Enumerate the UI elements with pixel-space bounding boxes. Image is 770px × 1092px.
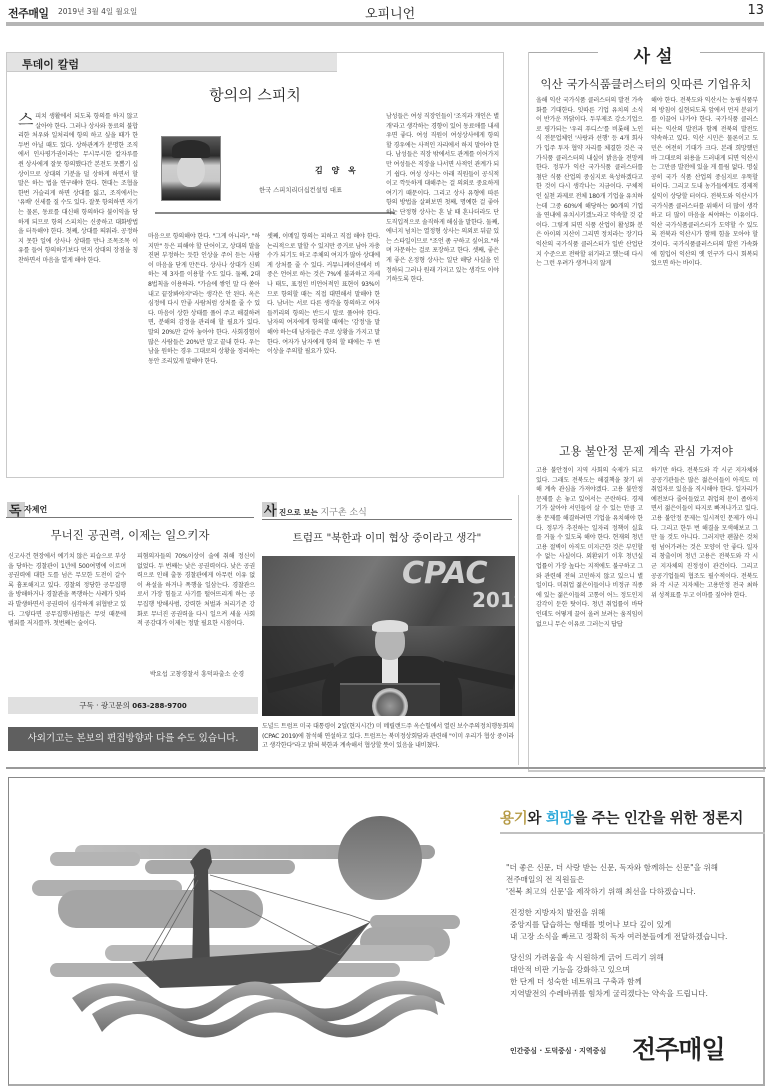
- issue-date: 2019년 3월 4일 월요일: [58, 6, 137, 17]
- author-portrait-hair: [172, 140, 210, 158]
- wave-icon: [72, 981, 445, 1038]
- editorial-border-bottom: [528, 770, 765, 772]
- contribution-notice: 사외기고는 본보의 편집방향과 다를 수도 있습니다.: [8, 727, 258, 751]
- reader-opinion-rule: [6, 517, 254, 518]
- photo-news-label: 진으로 보는 지구촌 소식: [279, 505, 367, 518]
- editorial-rule-right: [700, 52, 764, 53]
- ad-slogan-rule: [500, 832, 765, 834]
- photo-cpac-text: CPAC: [402, 556, 488, 591]
- photo-caption: 도널드 트럼프 미국 대통령이 2일(현지시간) 미 메릴랜드주 옥슨힐에서 열…: [262, 722, 514, 766]
- editorial-2-text-1: 고용 불안정이 지역 사회의 숙제가 되고 있다. 그래도 전북도는 해결책을 …: [536, 466, 643, 762]
- editorial-1-text-2: 해야 한다. 전북도와 익산시는 농림식품부의 방침이 실현되도록 앞에서 먼저…: [651, 96, 758, 418]
- today-column-headline: 항의의 스피치: [6, 84, 504, 105]
- reader-opinion-headline: 무너진 공권력, 이제는 일으키자: [6, 527, 254, 543]
- photo-news-headline: 트럼프 "북한과 이미 협상 중이라고 생각": [262, 530, 512, 545]
- ad-top-rule: [6, 767, 766, 769]
- ad-footer-logo: 전주매일: [632, 1030, 725, 1066]
- ad-slogan: 용기와 희망을 주는 인간을 위한 정론지: [500, 807, 743, 828]
- photo-news-label-accent: 지구촌 소식: [320, 508, 366, 518]
- section-title: 오피니언: [365, 3, 415, 22]
- editorial-1-text-1: 올해 익산 국가식품 클러스터의 발전 가속화를 기대한다. 잇따른 기업 유치…: [536, 96, 643, 418]
- reader-opinion-text-1: 신고사건 현장에서 예기치 않은 피습으로 부상을 당하는 경찰관이 1년에 5…: [8, 552, 126, 672]
- editorial-2-headline: 고용 불안정 문제 계속 관심 가져야: [528, 443, 764, 459]
- editorial-rule-left: [528, 52, 598, 53]
- author-title: 한국 스피치리더십컨설팅 대표: [259, 185, 342, 194]
- photo-news-border: [518, 495, 519, 765]
- author-divider: [155, 212, 395, 214]
- ad-paragraph-3: 당신의 가려움을 속 시원하게 긁어 드리기 위해 대안적 비판 기능을 강화하…: [510, 952, 708, 1000]
- editorial-2-text-2: 하기만 하다. 전북도와 각 시군 지자체와 공공기관들은 많은 젊은이들이 아…: [651, 466, 758, 762]
- reader-opinion-label-small: 자제언: [24, 504, 47, 515]
- editorial-border-right: [763, 52, 765, 772]
- header-rule: [6, 22, 764, 26]
- ad-footer-tagline: 인간중심 · 도덕중심 · 지역중심: [510, 1046, 606, 1056]
- photo-news-label-big: 사: [264, 500, 277, 519]
- reader-opinion-text-2: 피혐의자들의 70%이상이 술에 취해 정신이 없었다. 두 번째는 낮은 공권…: [137, 552, 255, 652]
- drop-cap: 스: [18, 112, 33, 127]
- reader-opinion-byline: 박요섭 고창경찰서 흥덕파출소 순경: [150, 669, 244, 678]
- today-column-text-1: 스피치 생활에서 되도록 항의를 하지 않고 살아야 한다. 그러나 상사와 동…: [18, 112, 138, 467]
- subscription-phone[interactable]: 063-288-9700: [132, 702, 187, 710]
- editorial-1-headline: 익산 국가식품클러스터의 잇따른 기업유치: [528, 76, 764, 92]
- ship-illustration: [20, 800, 470, 1040]
- sun-icon: [338, 816, 422, 900]
- today-column-text-2: 마음으로 항의해야 한다. "그게 아니라", "하지만" 등은 피해야 할 단…: [148, 232, 260, 467]
- photo-figure-hair: [372, 620, 408, 632]
- masthead-brand: 전주매일: [8, 5, 49, 21]
- photo-presidential-seal: [372, 688, 408, 716]
- photo-year-text: 2019: [472, 588, 515, 612]
- ad-paragraph-2: 진정한 지방자치 발전을 위해 중앙지를 답습하는 형태를 벗어나 보다 깊이 …: [510, 907, 727, 943]
- today-column-text-4: 남성들은 여성 직장인들이 '조직과 개인은 별개'라고 생각하는 경향이 있어…: [386, 112, 499, 467]
- ad-paragraph-1: "더 좋은 신문, 더 사랑 받는 신문, 독자와 함께하는 신문"을 위해 전…: [506, 862, 718, 898]
- subscription-label: 구독 · 광고문의: [79, 701, 130, 710]
- today-column-label: 투데이 칼럼: [22, 56, 79, 72]
- news-photo: CPAC 2019: [262, 556, 515, 716]
- page-number: 13: [747, 3, 764, 18]
- subscription-bar: 구독 · 광고문의 063-288-9700: [8, 697, 258, 714]
- today-column-text-3: 셋째, 이메일 항의는 피하고 직접 해야 한다. 논리적으로 말할 수 있지만…: [267, 232, 380, 467]
- author-portrait-face: [177, 153, 205, 187]
- photo-news-rule: [262, 519, 512, 520]
- editorial-border-left: [528, 52, 529, 772]
- editorial-label: 사 설: [608, 42, 698, 67]
- author-name: 김 양 옥: [315, 165, 359, 176]
